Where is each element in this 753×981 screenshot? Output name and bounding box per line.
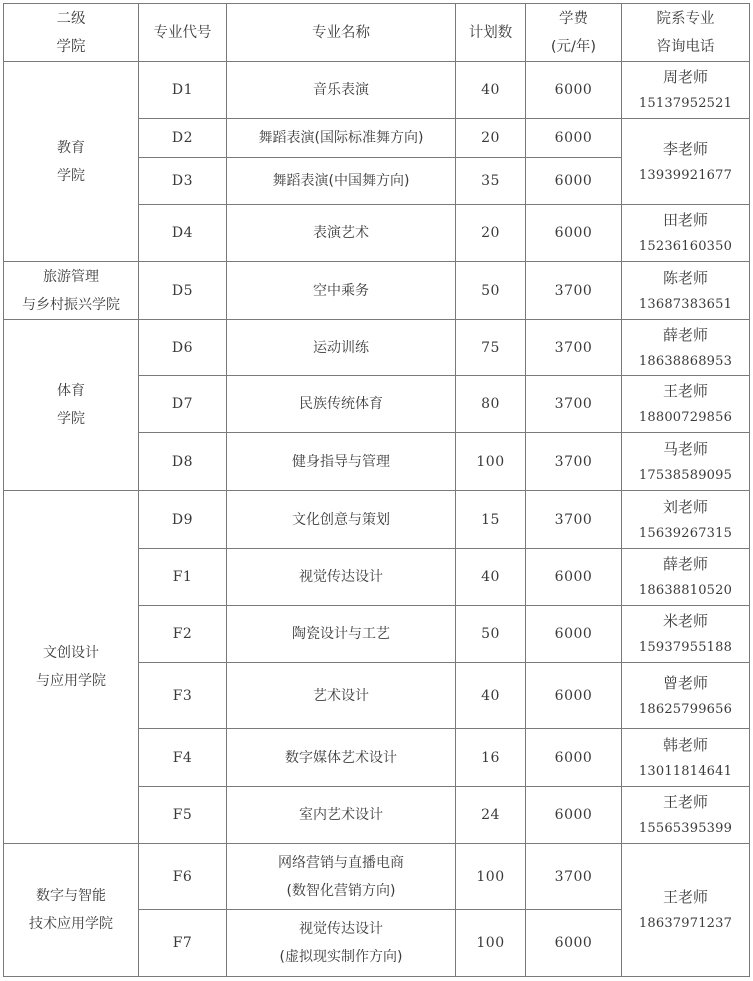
college-name-line1: 教育 [4, 134, 138, 162]
contact-phone: 15236160350 [622, 234, 749, 260]
major-name: 陶瓷设计与工艺 [227, 606, 456, 663]
major-code: D8 [139, 433, 227, 491]
major-name: 网络营销与直播电商 (数智化营销方向) [227, 844, 456, 910]
college-name-line2: 与应用学院 [4, 667, 138, 695]
major-name: 室内艺术设计 [227, 787, 456, 844]
major-code: F4 [139, 729, 227, 787]
contact-phone: 13011814641 [622, 759, 749, 785]
major-name: 民族传统体育 [227, 376, 456, 433]
contact-cell: 米老师 15937955188 [622, 606, 750, 663]
tuition-fee: 6000 [526, 119, 622, 158]
college-cell: 旅游管理 与乡村振兴学院 [4, 262, 139, 320]
contact-phone: 15565395399 [622, 816, 749, 842]
contact-phone: 18637971237 [622, 911, 749, 937]
major-code: D7 [139, 376, 227, 433]
tuition-fee: 6000 [526, 787, 622, 844]
plan-count: 16 [456, 729, 526, 787]
tuition-fee: 6000 [526, 729, 622, 787]
plan-count: 20 [456, 119, 526, 158]
tuition-fee: 3700 [526, 491, 622, 549]
college-cell: 体育 学院 [4, 320, 139, 491]
contact-name: 马老师 [622, 435, 749, 463]
table-row: 教育 学院 D1 音乐表演 40 6000 周老师 15137952521 [4, 62, 750, 119]
major-code: D4 [139, 205, 227, 262]
college-name-line1: 文创设计 [4, 639, 138, 667]
header-contact: 院系专业 咨询电话 [622, 4, 750, 62]
contact-cell: 刘老师 15639267315 [622, 491, 750, 549]
tuition-fee: 6000 [526, 549, 622, 606]
plan-count: 40 [456, 62, 526, 119]
header-fee-line1: 学费 [526, 5, 621, 33]
table-row: 体育 学院 D6 运动训练 75 3700 薛老师 18638868953 [4, 320, 750, 376]
plan-count: 100 [456, 910, 526, 977]
contact-cell: 陈老师 13687383651 [622, 262, 750, 320]
contact-name: 陈老师 [622, 264, 749, 292]
contact-cell: 田老师 15236160350 [622, 205, 750, 262]
header-fee-line2: (元/年) [526, 33, 621, 61]
major-code: D3 [139, 158, 227, 205]
major-code: D1 [139, 62, 227, 119]
contact-name: 韩老师 [622, 731, 749, 759]
header-college: 二级 学院 [4, 4, 139, 62]
tuition-fee: 3700 [526, 262, 622, 320]
contact-name: 米老师 [622, 607, 749, 635]
major-name: 舞蹈表演(中国舞方向) [227, 158, 456, 205]
header-row: 二级 学院 专业代号 专业名称 计划数 学费 (元/年) 院系专业 咨询电话 [4, 4, 750, 62]
contact-name: 王老师 [622, 883, 749, 911]
college-name-line2: 技术应用学院 [4, 910, 138, 938]
header-plan: 计划数 [456, 4, 526, 62]
contact-phone: 15639267315 [622, 521, 749, 547]
college-name-line1: 旅游管理 [4, 263, 138, 291]
header-fee: 学费 (元/年) [526, 4, 622, 62]
contact-cell: 薛老师 18638868953 [622, 320, 750, 376]
plan-count: 40 [456, 549, 526, 606]
contact-phone: 15937955188 [622, 635, 749, 661]
plan-count: 24 [456, 787, 526, 844]
college-name-line1: 数字与智能 [4, 882, 138, 910]
contact-cell: 王老师 18800729856 [622, 376, 750, 433]
header-major: 专业名称 [227, 4, 456, 62]
plan-count: 75 [456, 320, 526, 376]
contact-phone: 13687383651 [622, 292, 749, 318]
contact-phone: 17538589095 [622, 463, 749, 489]
plan-count: 40 [456, 663, 526, 729]
major-code: F2 [139, 606, 227, 663]
contact-phone: 18638810520 [622, 578, 749, 604]
major-name: 运动训练 [227, 320, 456, 376]
plan-count: 50 [456, 262, 526, 320]
tuition-fee: 6000 [526, 606, 622, 663]
table-row: 文创设计 与应用学院 D9 文化创意与策划 15 3700 刘老师 156392… [4, 491, 750, 549]
plan-count: 100 [456, 844, 526, 910]
tuition-fee: 6000 [526, 205, 622, 262]
contact-cell: 王老师 18637971237 [622, 844, 750, 977]
header-college-line1: 二级 [4, 5, 138, 33]
college-name-line2: 学院 [4, 162, 138, 190]
major-code: D9 [139, 491, 227, 549]
major-code: F5 [139, 787, 227, 844]
plan-count: 35 [456, 158, 526, 205]
college-cell: 数字与智能 技术应用学院 [4, 844, 139, 977]
plan-count: 100 [456, 433, 526, 491]
tuition-fee: 6000 [526, 910, 622, 977]
major-code: D5 [139, 262, 227, 320]
tuition-fee: 3700 [526, 376, 622, 433]
tuition-fee: 3700 [526, 844, 622, 910]
major-code: F3 [139, 663, 227, 729]
plan-count: 80 [456, 376, 526, 433]
contact-name: 薛老师 [622, 550, 749, 578]
college-name-line2: 与乡村振兴学院 [4, 291, 138, 319]
header-code: 专业代号 [139, 4, 227, 62]
tuition-fee: 3700 [526, 320, 622, 376]
major-code: F1 [139, 549, 227, 606]
major-name: 视觉传达设计 (虚拟现实制作方向) [227, 910, 456, 977]
plan-count: 50 [456, 606, 526, 663]
contact-cell: 曾老师 18625799656 [622, 663, 750, 729]
major-name: 空中乘务 [227, 262, 456, 320]
college-cell: 教育 学院 [4, 62, 139, 262]
major-name: 健身指导与管理 [227, 433, 456, 491]
contact-name: 薛老师 [622, 321, 749, 349]
contact-cell: 马老师 17538589095 [622, 433, 750, 491]
contact-name: 王老师 [622, 377, 749, 405]
major-code: F7 [139, 910, 227, 977]
major-name: 视觉传达设计 [227, 549, 456, 606]
contact-cell: 王老师 15565395399 [622, 787, 750, 844]
header-college-line2: 学院 [4, 33, 138, 61]
major-name: 数字媒体艺术设计 [227, 729, 456, 787]
contact-cell: 李老师 13939921677 [622, 119, 750, 205]
contact-name: 周老师 [622, 63, 749, 91]
contact-cell: 周老师 15137952521 [622, 62, 750, 119]
major-name-line1: 网络营销与直播电商 [227, 849, 455, 877]
major-name: 音乐表演 [227, 62, 456, 119]
major-name: 舞蹈表演(国际标准舞方向) [227, 119, 456, 158]
college-name-line1: 体育 [4, 377, 138, 405]
major-name: 艺术设计 [227, 663, 456, 729]
contact-name: 王老师 [622, 788, 749, 816]
plan-count: 20 [456, 205, 526, 262]
table-row: 数字与智能 技术应用学院 F6 网络营销与直播电商 (数智化营销方向) 100 … [4, 844, 750, 910]
contact-phone: 18625799656 [622, 697, 749, 723]
major-name: 文化创意与策划 [227, 491, 456, 549]
contact-name: 曾老师 [622, 669, 749, 697]
contact-name: 李老师 [622, 135, 749, 163]
tuition-fee: 6000 [526, 158, 622, 205]
contact-name: 田老师 [622, 206, 749, 234]
plan-count: 15 [456, 491, 526, 549]
tuition-fee: 3700 [526, 433, 622, 491]
contact-phone: 18638868953 [622, 349, 749, 375]
contact-cell: 薛老师 18638810520 [622, 549, 750, 606]
contact-phone: 18800729856 [622, 405, 749, 431]
contact-phone: 15137952521 [622, 91, 749, 117]
college-cell: 文创设计 与应用学院 [4, 491, 139, 844]
major-code: F6 [139, 844, 227, 910]
major-name-line1: 视觉传达设计 [227, 915, 455, 943]
major-code: D6 [139, 320, 227, 376]
tuition-fee: 6000 [526, 62, 622, 119]
table-row: 旅游管理 与乡村振兴学院 D5 空中乘务 50 3700 陈老师 1368738… [4, 262, 750, 320]
contact-cell: 韩老师 13011814641 [622, 729, 750, 787]
contact-phone: 13939921677 [622, 163, 749, 189]
header-contact-line1: 院系专业 [622, 5, 749, 33]
major-name: 表演艺术 [227, 205, 456, 262]
college-name-line2: 学院 [4, 405, 138, 433]
major-name-line2: (虚拟现实制作方向) [227, 943, 455, 971]
major-name-line2: (数智化营销方向) [227, 877, 455, 905]
header-contact-line2: 咨询电话 [622, 33, 749, 61]
contact-name: 刘老师 [622, 493, 749, 521]
admissions-table: 二级 学院 专业代号 专业名称 计划数 学费 (元/年) 院系专业 咨询电话 教… [3, 3, 750, 977]
tuition-fee: 6000 [526, 663, 622, 729]
major-code: D2 [139, 119, 227, 158]
